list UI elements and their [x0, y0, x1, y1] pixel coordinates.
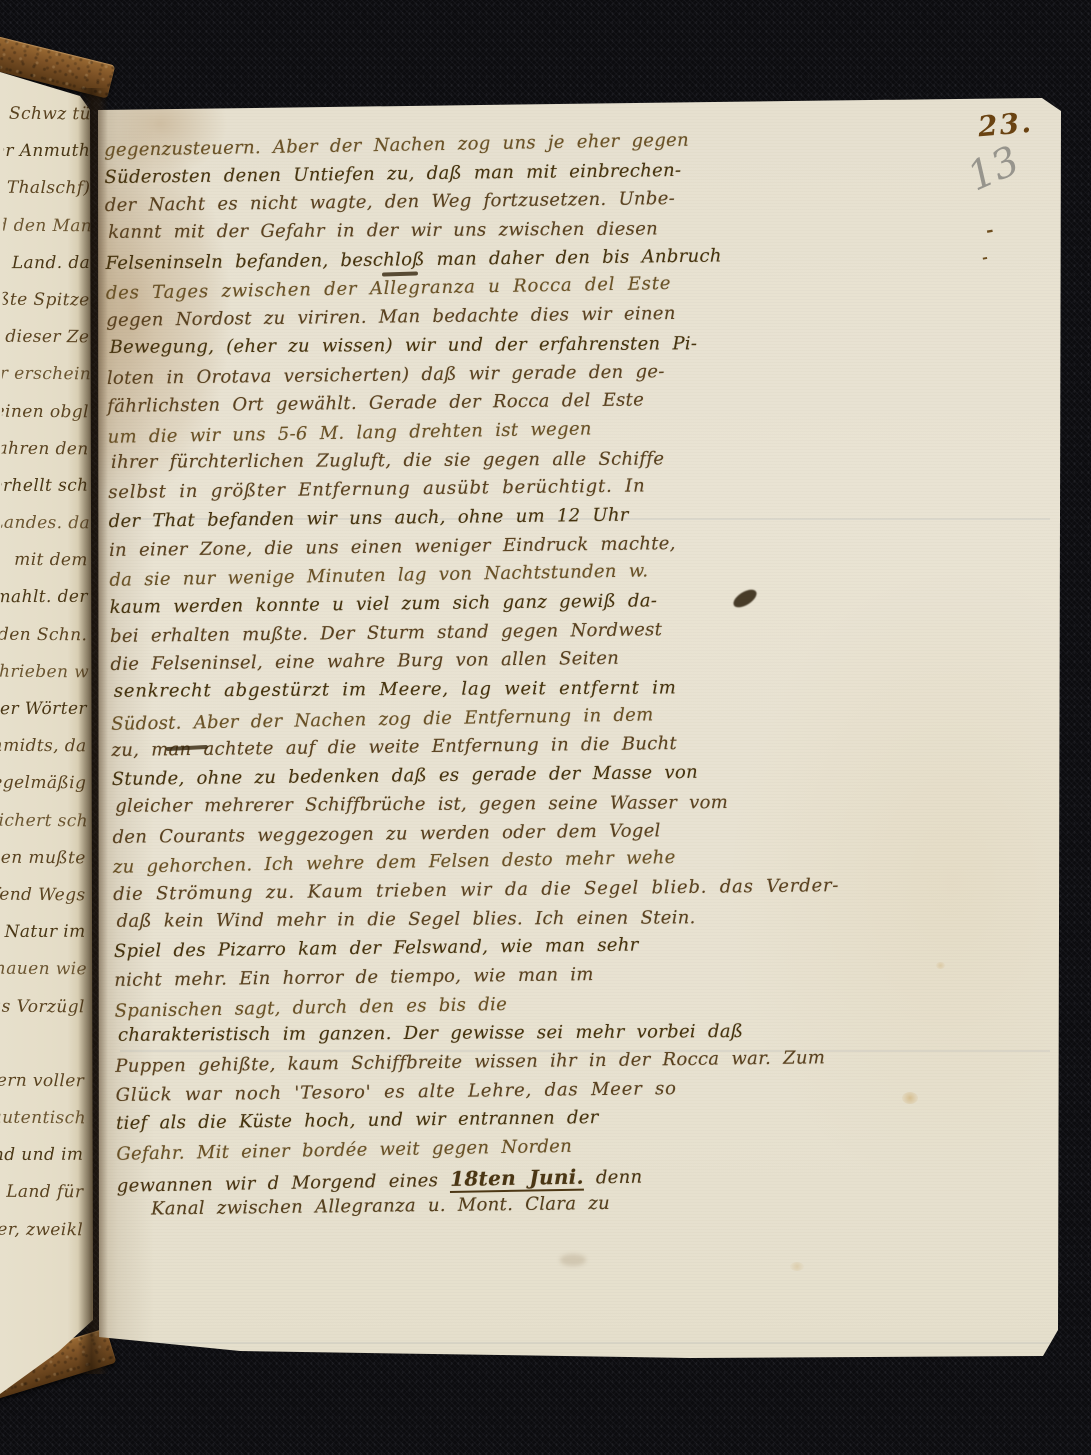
manuscript-line-fragment: das Vorzügl [0, 996, 88, 1034]
book-gutter-shadow [78, 88, 108, 1374]
manuscript-line: daß kein Wind mehr in die Segel blies. I… [117, 906, 817, 939]
manuscript-line: charakteristisch im ganzen. Der gewisse … [118, 1021, 818, 1054]
margin-tick-mark: - [981, 250, 990, 267]
margin-tick-mark: - [984, 220, 995, 242]
manuscript-line-fragment: kummer, zweikl [0, 1219, 86, 1257]
manuscript-line-fragment: die Natur im [0, 922, 88, 960]
manuscript-line: kannt mit der Gefahr in der wir uns zwis… [108, 218, 808, 251]
manuscript-line-fragment: schaffend Wegs [0, 884, 89, 922]
handwritten-text-block: gegenzusteuern. Aber der Nachen zog uns … [104, 129, 817, 1228]
underlined-date: 18ten Juni. [450, 1164, 584, 1192]
pencil-page-number: 13 [961, 138, 1026, 201]
manuscript-line-fragment: öttel, Land für [0, 1182, 87, 1220]
manuscript-line-fragment: der Wörter [0, 699, 90, 737]
foxing-spot [790, 1262, 804, 1271]
manuscript-line-fragment: Regelmäßig [0, 773, 89, 811]
paper-chain-line [120, 1342, 1050, 1344]
manuscript-line: gleicher mehrerer Schiffbrüche ist, gege… [115, 791, 815, 824]
manuscript-line-fragment: berüßte autentisch [0, 1107, 89, 1145]
manuscript-line: ihrer fürchterlichen Zugluft, die sie ge… [111, 447, 811, 480]
manuscript-page: 23. 13 - - gegenzusteuern. Aber der Nach… [90, 94, 1070, 1368]
ink-smudge [560, 1254, 586, 1266]
manuscript-lines: gegenzusteuern. Aber der Nachen zog uns … [104, 129, 817, 1170]
manuscript-line-fragment: suchen mußte [0, 847, 89, 885]
date-line-suffix: denn [584, 1166, 643, 1188]
manuscript-line-fragment: zu schauen wie [0, 959, 90, 997]
manuscript-line-fragment: schüttern voller [0, 1070, 87, 1108]
manuscript-line-fragment: Land und im [0, 1145, 87, 1183]
date-line-prefix: gewannen wir d Morgend eines [117, 1170, 451, 1197]
photograph-of-manuscript: l Schwz tüder Anmuthgen Thalschf)) und d… [0, 0, 1091, 1455]
foxing-spot [936, 962, 945, 969]
manuscript-line-fragment: den Schn. [0, 624, 90, 662]
manuscript-line: Bewegung, (eher zu wissen) wir und der e… [110, 332, 810, 365]
manuscript-line-fragment: schmidts, da [0, 736, 90, 774]
foxing-spot [902, 1092, 918, 1104]
